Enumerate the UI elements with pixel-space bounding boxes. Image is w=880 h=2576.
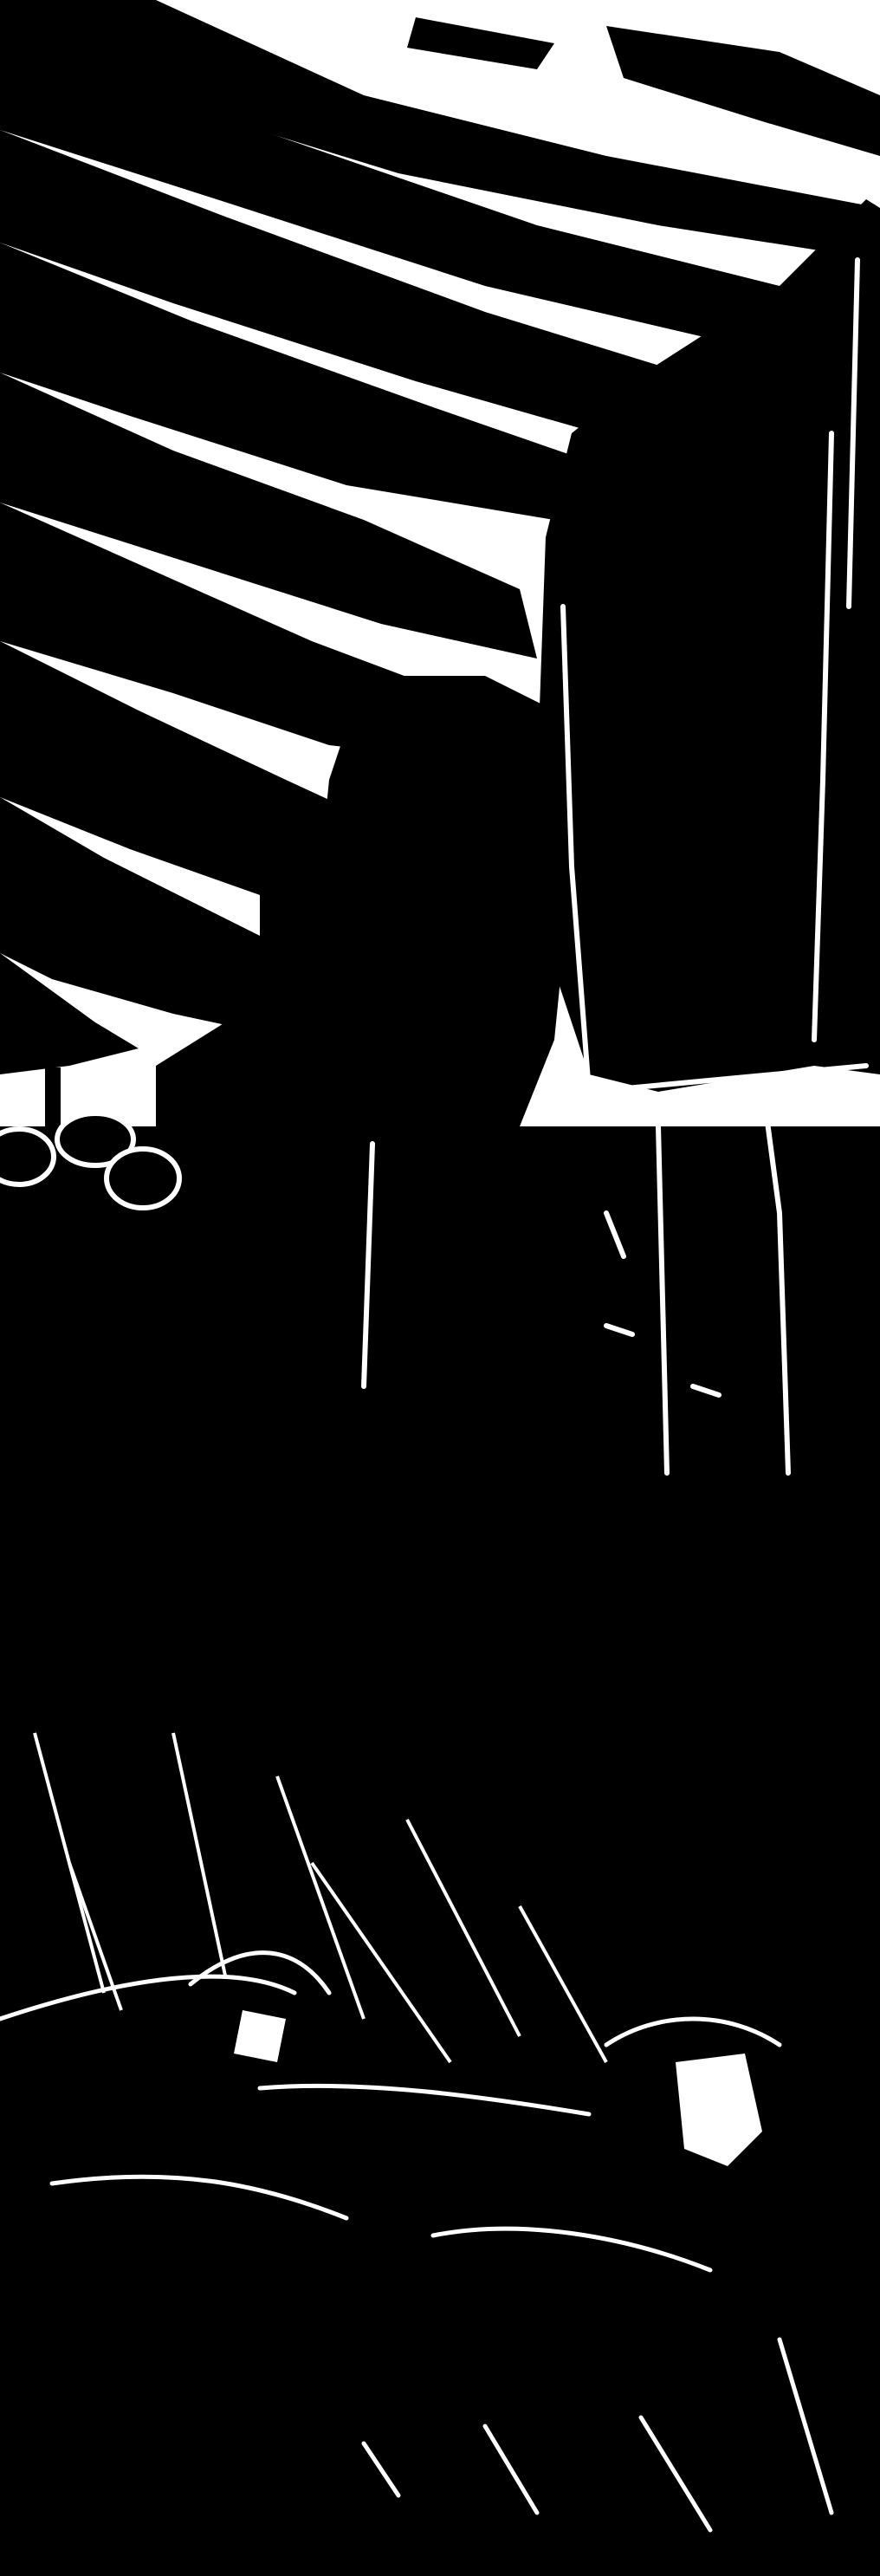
woodcut-canvas	[0, 0, 880, 2576]
woodcut-illustration: Black-and-white woodcut illustration: wi…	[0, 0, 880, 2576]
